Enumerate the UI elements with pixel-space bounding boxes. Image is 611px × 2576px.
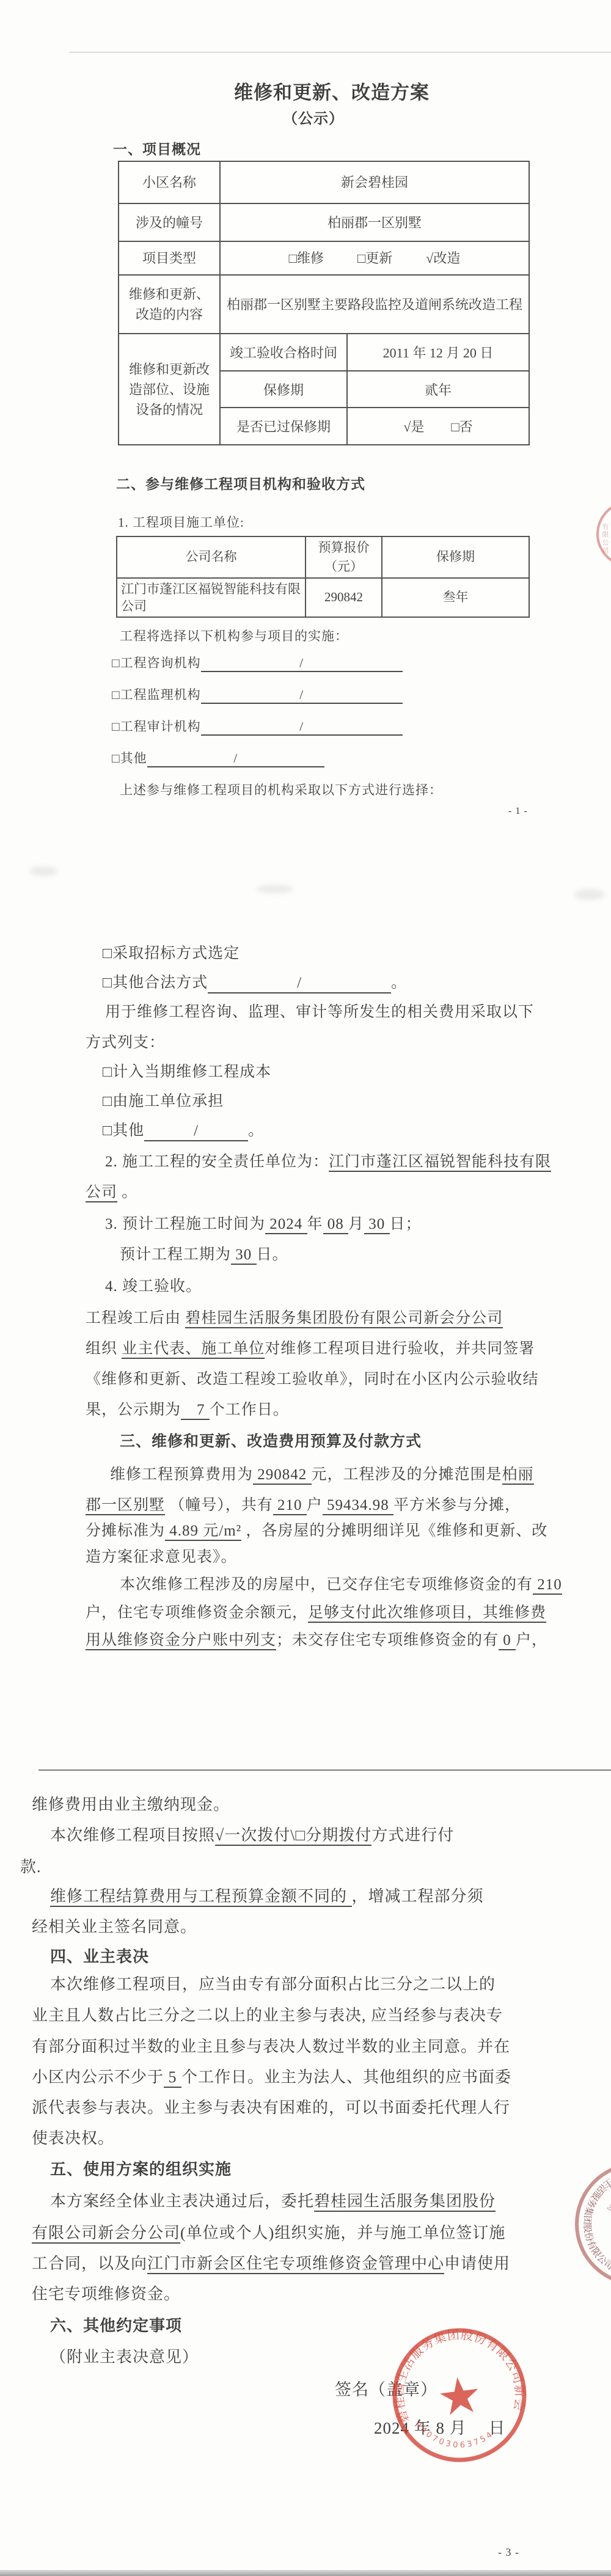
text-line: 有限公司新会分公司(单位或个人)组织实施，并与施工单位签订施 — [32, 2223, 505, 2244]
sub-label: 是否已过保修期 — [221, 408, 346, 444]
checkbox-renew: □更新 — [357, 248, 392, 268]
table-row: 涉及的幢号 柏丽郡一区别墅 — [119, 203, 529, 241]
text-segment: 本次维修工程项目按照 — [50, 1826, 215, 1844]
text-segment: 方式进行付 — [371, 1826, 454, 1844]
row-label: 涉及的幢号 — [119, 204, 219, 241]
row-label: 小区名称 — [119, 162, 219, 203]
text-line: 小区内公示不少于 5 个工作日。业主为法人、其他组织的应书面委 — [32, 2068, 511, 2088]
underlined-text: √一次拨付\□分期拨付 — [215, 1826, 371, 1846]
text-segment: 住宅专项维修资金。 — [32, 2285, 180, 2303]
text-line: 工合同，以及向江门市新会区住宅专项维修资金管理中心申请使用 — [32, 2254, 510, 2274]
table-row: 是否已过保修期 √是 □否 — [221, 407, 529, 444]
text-segment: 派代表参与表决。业主参与表决有困难的，可以书面委托代理人行 — [32, 2099, 510, 2117]
text-line: 派代表参与表决。业主参与表决有困难的，可以书面委托代理人行 — [32, 2098, 510, 2118]
section-4-heading: 四、业主表决 — [50, 1947, 149, 1967]
text-segment: (单位或个人)组织实施，并与施工单位签订施 — [180, 2224, 505, 2242]
warranty-expired-checked: √是 □否 — [346, 408, 529, 444]
text-line: 有部分面积过半数的业主且参与表决人数过半数的业主同意。并在 — [32, 2037, 510, 2057]
text-segment: 小区内公示不少于 — [32, 2068, 164, 2086]
text-line: 本方案经全体业主表决通过后，委托碧桂园生活服务集团股份 — [50, 2192, 496, 2212]
row-label: 维修和更新、改造的内容 — [119, 276, 219, 333]
underlined-text: 维修工程结算费用与工程预算金额不同的 — [50, 1887, 352, 1907]
seal-star-icon: ★ — [434, 2365, 486, 2428]
text-segment: 工合同，以及向 — [32, 2255, 147, 2272]
sub-label: 保修期 — [221, 371, 346, 408]
table-row: 维修和更新改造部位、设施设备的情况 竣工验收合格时间 2011 年 12 月 2… — [119, 333, 529, 444]
completion-date: 2011 年 12 月 20 日 — [346, 334, 529, 370]
text-segment: 使表决权。 — [32, 2129, 114, 2147]
text-segment: 四、业主表决 — [50, 1947, 149, 1966]
section-6-heading: 六、其他约定事项 — [50, 2316, 182, 2336]
table-row: 江门市蓬江区福锐智能科技有限公司 290842 叁年 — [117, 577, 529, 617]
underlined-text: 碧桂园生活服务集团股份 — [314, 2192, 496, 2212]
text-segment: 款. — [20, 1858, 42, 1876]
table-row: 保修期 贰年 — [221, 370, 529, 408]
table-header-row: 公司名称 预算报价（元） 保修期 — [117, 537, 529, 577]
warranty-period: 贰年 — [346, 371, 529, 408]
underlined-text: 江门市新会区住宅专项维修资金管理中心 — [147, 2255, 444, 2274]
checkbox-renovate-checked: √改造 — [426, 248, 460, 268]
column-header-budget: 预算报价（元） — [305, 537, 381, 577]
text-segment: 六、其他约定事项 — [50, 2316, 182, 2335]
text-segment: 申请使用 — [444, 2255, 510, 2272]
facility-status-subtable: 竣工验收合格时间 2011 年 12 月 20 日 保修期 贰年 是否已过保修期… — [219, 334, 529, 444]
text-segment: - 3 - — [498, 2546, 519, 2558]
text-segment: ，增减工程部分须 — [352, 1887, 484, 1905]
text-segment: 经相关业主签名同意。 — [32, 1918, 197, 1936]
text-line: 业主且人数占比三分之二以上的业主参与表决, 应当经参与表决专 — [32, 2006, 503, 2026]
stamp-text-fragment: 有限公司 — [600, 523, 610, 555]
text-line: 经相关业主签名同意。 — [32, 1917, 197, 1937]
text-segment: 维修费用由业主缴纳现金。 — [32, 1796, 230, 1813]
text-segment: 五、使用方案的组织实施 — [50, 2160, 232, 2178]
table-row: 小区名称 新会碧桂园 — [119, 162, 529, 203]
company-name: 江门市蓬江区福锐智能科技有限公司 — [117, 579, 305, 617]
text-line: 住宅专项维修资金。 — [32, 2285, 180, 2305]
building-number: 柏丽郡一区别墅 — [219, 204, 529, 241]
text-line: 维修工程结算费用与工程预算金额不同的 ，增减工程部分须 — [50, 1887, 484, 1907]
text-segment: 本方案经全体业主表决通过后，委托 — [50, 2192, 314, 2210]
project-type-options: □维修 □更新 √改造 — [219, 242, 529, 274]
svg-text:新会分公司: 新会分公司 — [606, 2189, 611, 2213]
table-row: 项目类型 □维修 □更新 √改造 — [119, 241, 529, 274]
text-segment: 本次维修工程项目，应当由专有部分面积占比三分之二以上的 — [50, 1975, 496, 1993]
text-segment: 有部分面积过半数的业主且参与表决人数过半数的业主同意。并在 — [32, 2038, 510, 2055]
section-5-heading: 五、使用方案的组织实施 — [50, 2159, 232, 2179]
text-line: （附业主表决意见） — [50, 2347, 199, 2368]
community-name: 新会碧桂园 — [219, 162, 529, 203]
budget-amount: 290842 — [305, 579, 381, 617]
company-seal-stamp: 碧桂园生活服务集团股份有限公司新会分公司 440703063754 ★ — [378, 2313, 541, 2476]
warranty-years: 叁年 — [381, 579, 529, 617]
checkbox-repair: □维修 — [289, 248, 324, 268]
renovation-content: 柏丽郡一区别墅主要路段监控及道闸系统改造工程 — [219, 276, 529, 333]
underlined-text: 5 — [164, 2068, 181, 2088]
construction-company-table: 公司名称 预算报价（元） 保修期 江门市蓬江区福锐智能科技有限公司 290842… — [116, 536, 530, 618]
row-label: 项目类型 — [119, 242, 219, 274]
column-header-warranty: 保修期 — [381, 537, 529, 577]
table-row: 竣工验收合格时间 2011 年 12 月 20 日 — [221, 334, 529, 370]
stamp-branch-text: 新会分公司 — [606, 2189, 611, 2213]
text-segment: 个工作日。业主为法人、其他组织的应书面委 — [181, 2068, 511, 2086]
column-header-company: 公司名称 — [117, 537, 305, 577]
text-line: 款. — [20, 1857, 42, 1878]
text-line: 本次维修工程项目，应当由专有部分面积占比三分之二以上的 — [50, 1975, 496, 1995]
text-segment: （附业主表决意见） — [50, 2348, 199, 2366]
row-label: 维修和更新改造部位、设施设备的情况 — [119, 334, 219, 444]
text-line: 本次维修工程项目按照√一次拨付\□分期拨付方式进行付 — [50, 1826, 454, 1846]
text-line: 维修费用由业主缴纳现金。 — [32, 1795, 230, 1815]
sub-label: 竣工验收合格时间 — [221, 334, 346, 370]
project-overview-table: 小区名称 新会碧桂园 涉及的幢号 柏丽郡一区别墅 项目类型 □维修 □更新 √改… — [118, 161, 530, 445]
page-number-3: - 3 - — [498, 2545, 519, 2560]
scanned-document: 维修和更新、改造方案（公示）一、项目概况二、参与维修工程项目机构和验收方式1. … — [0, 0, 611, 2576]
partial-seal-stamp-right: 碧桂园生活服务集团股份有限公司新会分公 新会分公司 — [569, 2157, 611, 2291]
table-row: 维修和更新、改造的内容 柏丽郡一区别墅主要路段监控及道闸系统改造工程 — [119, 274, 529, 333]
text-segment: 业主且人数占比三分之二以上的业主参与表决, 应当经参与表决专 — [32, 2007, 503, 2024]
text-line: 使表决权。 — [32, 2129, 114, 2149]
underlined-text: 有限公司新会分公司 — [32, 2224, 180, 2244]
